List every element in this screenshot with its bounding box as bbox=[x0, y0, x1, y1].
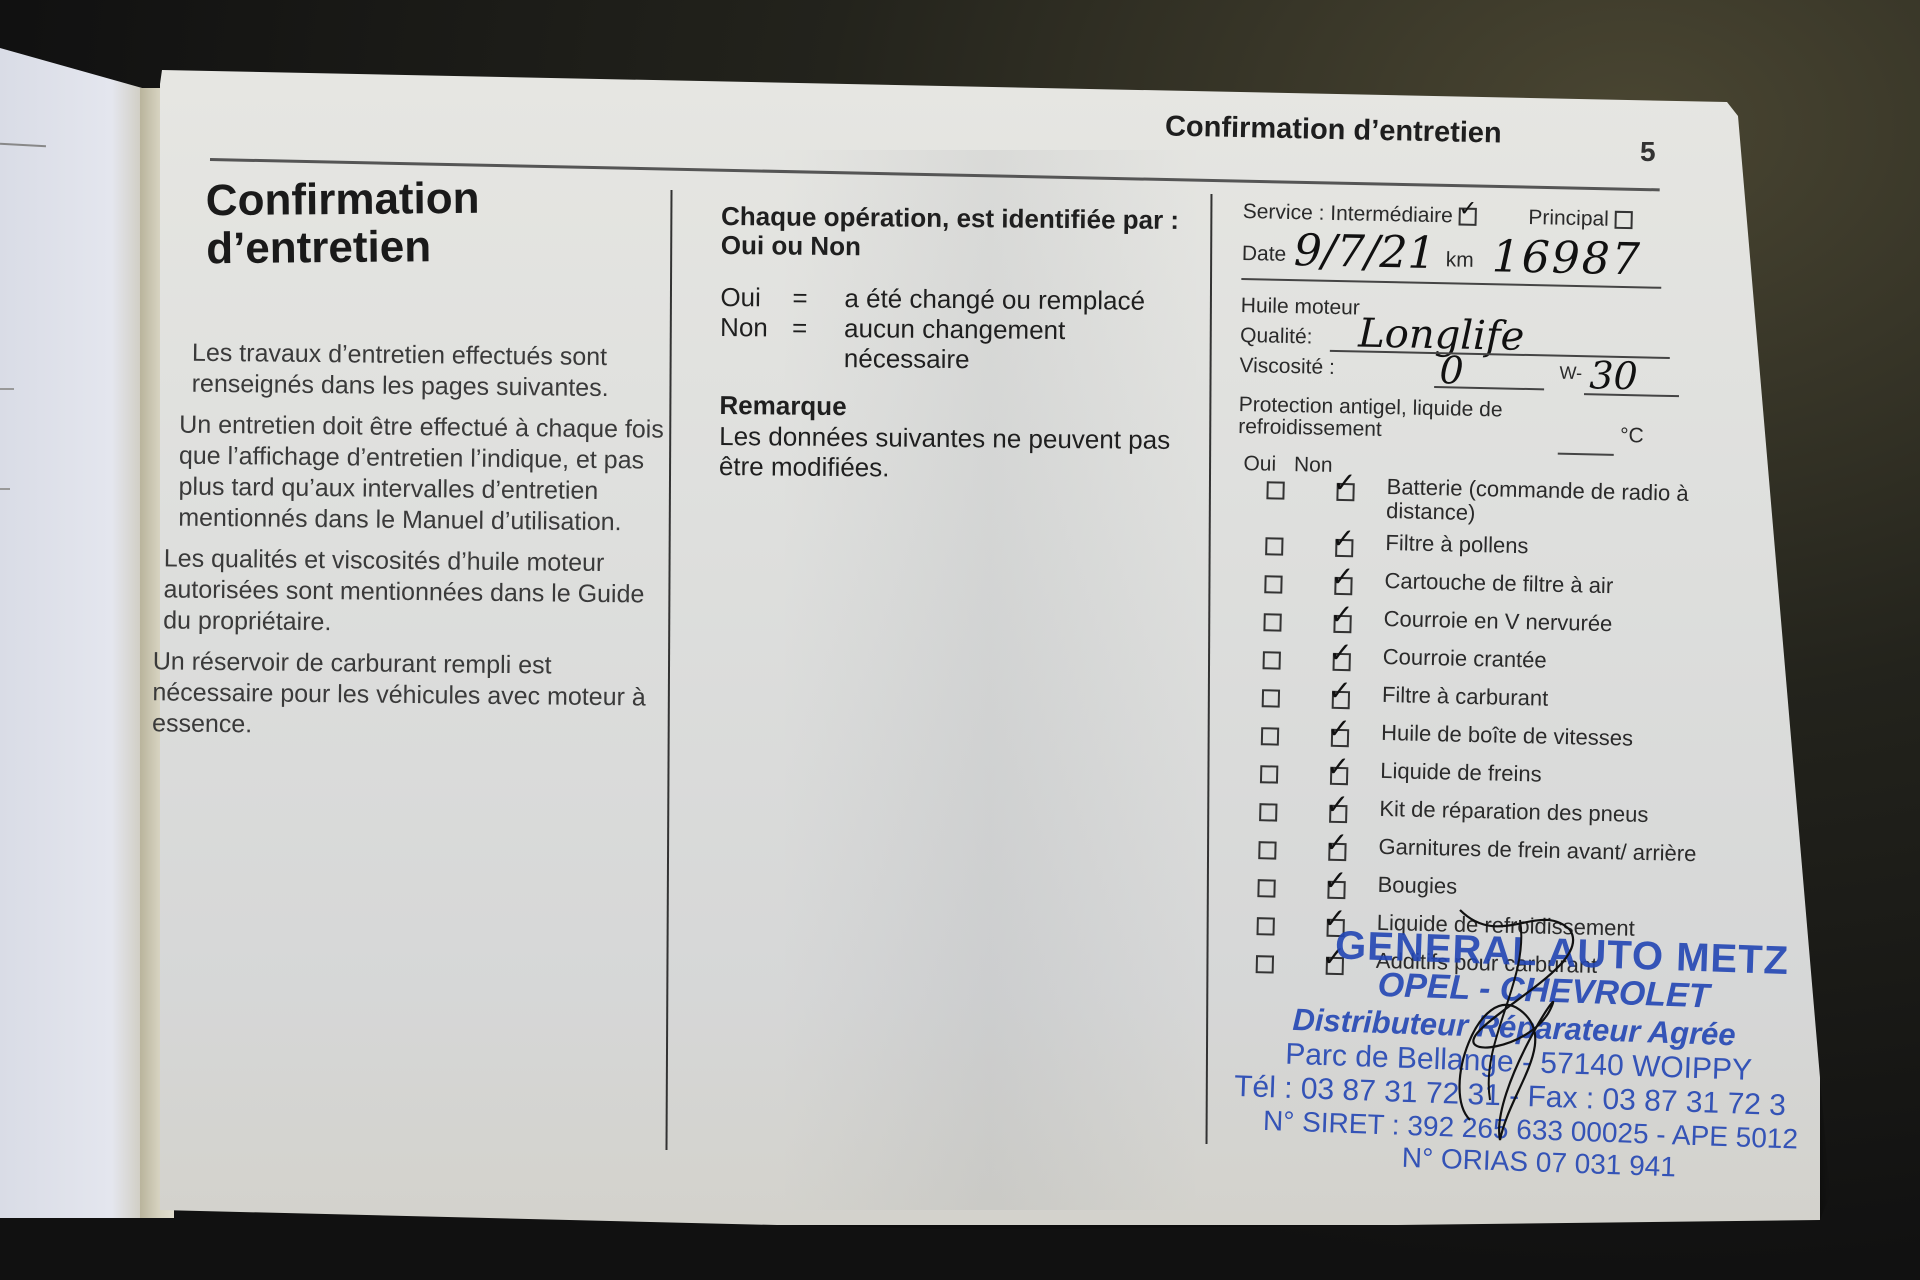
checkmark-icon: ✓ bbox=[1329, 598, 1353, 632]
date-value[interactable]: 9/7/21 bbox=[1293, 225, 1436, 279]
checklist-item-label: Courroie en V nervurée bbox=[1383, 607, 1731, 639]
checklist-item: ✓Batterie (commande de radio à distance) bbox=[1254, 472, 1735, 531]
checklist-item-label: Kit de réparation des pneus bbox=[1379, 797, 1727, 829]
previous-page bbox=[0, 48, 160, 1218]
checkmark-icon: ✓ bbox=[1328, 674, 1352, 708]
legend-definitions: Oui = a été changé ou remplacé Non = auc… bbox=[720, 282, 1181, 376]
date-label: Date bbox=[1242, 242, 1287, 267]
definition-value: a été changé ou remplacé bbox=[844, 283, 1180, 316]
oil-label: Huile moteur bbox=[1241, 294, 1361, 319]
definition-non: Non = aucun changement nécessaire bbox=[720, 312, 1181, 376]
definition-eq: = bbox=[792, 313, 845, 373]
legend-heading: Chaque opération, est identifiée par : O… bbox=[721, 202, 1181, 264]
service-principal-label: Principal bbox=[1528, 206, 1609, 231]
service-form: Service : Intermédiaire ✓ Principal Date… bbox=[1237, 200, 1673, 491]
checklist-item-label: Garnitures de frein avant/ arrière bbox=[1378, 835, 1726, 867]
viscosity-label: Viscosité : bbox=[1239, 354, 1335, 379]
service-intermediate-checkbox[interactable]: ✓ bbox=[1458, 208, 1476, 226]
page-number: 5 bbox=[1640, 136, 1656, 168]
page-rule bbox=[0, 488, 10, 490]
viscosity-value-2[interactable]: 30 bbox=[1589, 353, 1638, 398]
checklist-item: ✓Garnitures de frein avant/ arrière bbox=[1246, 832, 1727, 873]
checklist-item: ✓Filtre à carburant bbox=[1250, 680, 1731, 721]
intro-text: Les travaux d’entretien effectués sont r… bbox=[148, 337, 672, 754]
non-checkbox[interactable]: ✓ bbox=[1330, 758, 1381, 789]
checkmark-icon: ✓ bbox=[1330, 560, 1354, 594]
definition-eq: = bbox=[792, 283, 844, 313]
checkmark-icon: ✓ bbox=[1331, 522, 1355, 556]
date-km-row: Date 9/7/21 km 16987 bbox=[1242, 230, 1673, 279]
checklist-item: ✓Filtre à pollens bbox=[1253, 528, 1734, 569]
checkmark-icon: ✓ bbox=[1325, 788, 1349, 822]
oui-checkbox[interactable] bbox=[1248, 756, 1331, 788]
checklist-item: ✓Cartouche de filtre à air bbox=[1252, 566, 1733, 607]
running-header-title: Confirmation d’entretien bbox=[1165, 110, 1502, 150]
km-value[interactable]: 16987 bbox=[1491, 231, 1642, 285]
checklist-item: ✓Kit de réparation des pneus bbox=[1247, 794, 1728, 835]
non-checkbox[interactable]: ✓ bbox=[1334, 568, 1385, 599]
checkmark-icon: ✓ bbox=[1324, 826, 1348, 860]
checkmark-icon: ✓ bbox=[1323, 864, 1347, 898]
checkmark-icon: ✓ bbox=[1326, 750, 1350, 784]
checkmark-icon: ✓ bbox=[1329, 636, 1353, 670]
checklist-item: ✓Liquide de freins bbox=[1248, 756, 1729, 797]
intro-paragraph: Les qualités et viscosités d’huile moteu… bbox=[163, 543, 670, 641]
checklist-item-label: Filtre à carburant bbox=[1382, 683, 1730, 715]
oui-checkbox[interactable] bbox=[1250, 642, 1333, 674]
checklist-item-label: Liquide de freins bbox=[1380, 759, 1728, 791]
service-principal-checkbox[interactable] bbox=[1615, 211, 1633, 229]
signature bbox=[1420, 890, 1610, 1160]
oui-checkbox[interactable] bbox=[1245, 870, 1328, 902]
checklist-item-label: Batterie (commande de radio à distance) bbox=[1386, 475, 1735, 531]
non-checkbox[interactable]: ✓ bbox=[1328, 834, 1379, 865]
oui-checkbox[interactable] bbox=[1250, 680, 1333, 712]
checkmark-icon: ✓ bbox=[1327, 712, 1351, 746]
checkmark-icon: ✓ bbox=[1332, 466, 1356, 500]
oui-checkbox[interactable] bbox=[1251, 604, 1334, 636]
antifreeze-input[interactable] bbox=[1558, 453, 1614, 456]
checklist-item: ✓Huile de boîte de vitesses bbox=[1249, 718, 1730, 759]
oui-checkbox[interactable] bbox=[1246, 832, 1329, 864]
checklist-item-label: Courroie crantée bbox=[1383, 645, 1731, 677]
quality-label: Qualité: bbox=[1240, 324, 1313, 349]
intro-paragraph: Un réservoir de carburant rempli est néc… bbox=[152, 646, 669, 744]
non-checkbox[interactable]: ✓ bbox=[1332, 644, 1383, 675]
checklist-item: ✓Courroie en V nervurée bbox=[1251, 604, 1732, 645]
non-checkbox[interactable]: ✓ bbox=[1329, 796, 1380, 827]
definition-oui: Oui = a été changé ou remplacé bbox=[720, 282, 1180, 316]
checklist-item-label: Cartouche de filtre à air bbox=[1384, 569, 1732, 601]
oui-checkbox[interactable] bbox=[1247, 794, 1330, 826]
oui-checkbox[interactable] bbox=[1253, 528, 1336, 560]
page-rule bbox=[0, 388, 14, 390]
section-title-line: d’entretien bbox=[206, 223, 480, 273]
antifreeze-label: Protection antigel, liquide de refroidis… bbox=[1238, 394, 1569, 445]
oui-checkbox[interactable] bbox=[1249, 718, 1332, 750]
section-title: Confirmation d’entretien bbox=[206, 175, 481, 273]
section-title-line: Confirmation bbox=[206, 175, 480, 225]
oui-checkbox[interactable] bbox=[1252, 566, 1335, 598]
remark-text: Les données suivantes ne peuvent pas êtr… bbox=[719, 421, 1180, 485]
checklist-item-label: Filtre à pollens bbox=[1385, 531, 1733, 563]
remark-title: Remarque bbox=[719, 390, 1179, 425]
intro-paragraph: Un entretien doit être effectué à chaque… bbox=[178, 410, 671, 539]
viscosity-separator: W- bbox=[1559, 363, 1582, 384]
non-checkbox[interactable]: ✓ bbox=[1331, 720, 1382, 751]
legend-column: Chaque opération, est identifiée par : O… bbox=[719, 202, 1181, 485]
definition-key: Non bbox=[720, 312, 793, 373]
service-label: Service : bbox=[1243, 200, 1325, 225]
oui-checkbox[interactable] bbox=[1254, 472, 1337, 504]
viscosity-row: Viscosité : 0 W- 30 bbox=[1239, 354, 1670, 393]
non-checkbox[interactable]: ✓ bbox=[1333, 606, 1384, 637]
intro-paragraph: Les travaux d’entretien effectués sont r… bbox=[192, 338, 673, 405]
definition-key: Oui bbox=[720, 282, 792, 313]
service-intermediate-label: Intermédiaire bbox=[1330, 202, 1453, 228]
non-checkbox[interactable]: ✓ bbox=[1336, 474, 1387, 505]
checklist-item: ✓Courroie crantée bbox=[1250, 642, 1731, 683]
non-checkbox[interactable]: ✓ bbox=[1332, 682, 1383, 713]
km-label: km bbox=[1446, 248, 1474, 273]
antifreeze-unit: °C bbox=[1620, 424, 1644, 448]
non-checkbox[interactable]: ✓ bbox=[1327, 872, 1378, 903]
non-checkbox[interactable]: ✓ bbox=[1335, 530, 1386, 561]
checklist-item-label: Huile de boîte de vitesses bbox=[1381, 721, 1729, 753]
definition-value: aucun changement nécessaire bbox=[844, 313, 1181, 376]
page-rule bbox=[0, 143, 46, 147]
